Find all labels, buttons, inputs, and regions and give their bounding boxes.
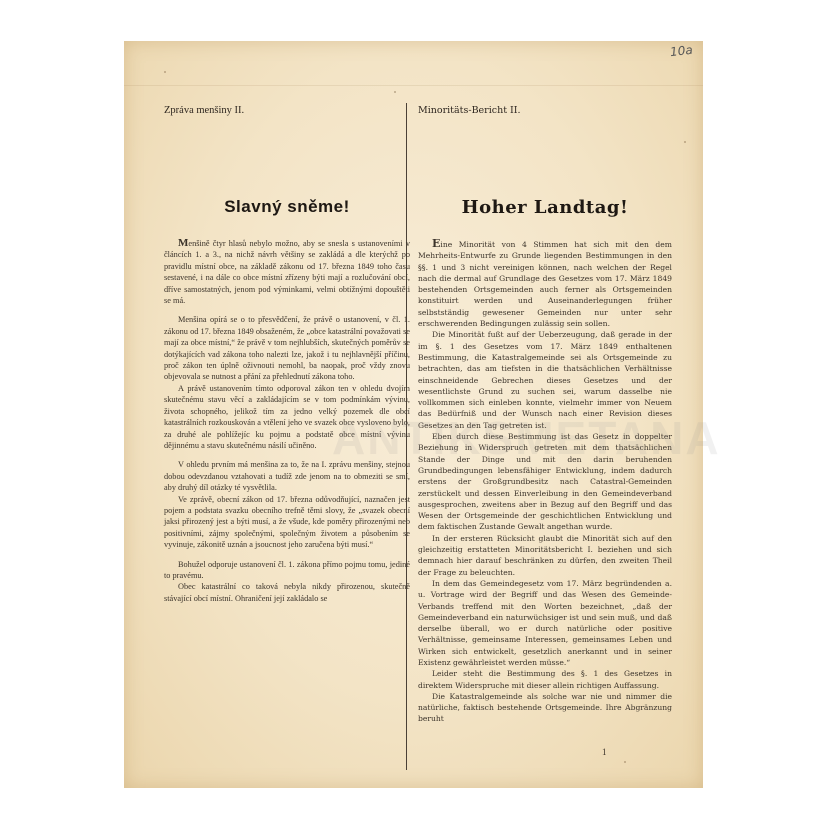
fold-line (124, 85, 703, 86)
document-page: 10a Zpráva menšiny II. Slavný sněme! Men… (124, 41, 703, 788)
paragraph: V ohledu prvním má menšina za to, že na … (164, 459, 410, 493)
body-czech: Menšině čtyr hlasů nebylo možno, aby se … (164, 238, 410, 604)
paragraph: Ve zprávě, obecní zákon od 17. března od… (164, 494, 410, 551)
paragraph: Die Katastralgemeinde als solche war nie… (418, 691, 672, 725)
handwritten-annotation: 10a (669, 41, 710, 59)
paragraph: A právě ustanovením tímto odporoval záko… (164, 383, 410, 451)
paper-spot (164, 71, 166, 73)
paper-spot (624, 761, 626, 763)
running-head-german: Minoritäts-Bericht II. (418, 105, 521, 116)
paragraph: In der ersteren Rücksicht glaubt die Min… (418, 533, 672, 578)
paragraph: Menšina opírá se o to přesvědčení, že pr… (164, 314, 410, 382)
paragraph: Eine Minorität von 4 Stimmen hat sich mi… (418, 238, 672, 329)
paper-spot (684, 141, 686, 143)
body-german: Eine Minorität von 4 Stimmen hat sich mi… (418, 238, 672, 725)
paper-spot (394, 91, 396, 93)
paragraph: Eben durch diese Bestimmung ist das Gese… (418, 431, 672, 533)
paragraph: Obec katastrální co taková nebyla nikdy … (164, 581, 410, 604)
paragraph: Die Minorität fußt auf der Ueberzeugung,… (418, 329, 672, 431)
paragraph: In dem das Gemeindegesetz vom 17. März b… (418, 578, 672, 668)
title-czech: Slavný sněme! (164, 197, 410, 217)
paragraph: Bohužel odporuje ustanovení čl. 1. zákon… (164, 559, 410, 582)
running-head-czech: Zpráva menšiny II. (164, 105, 244, 116)
paragraph: Leider steht die Bestimmung des §. 1 des… (418, 668, 672, 691)
page-number: 1 (602, 747, 607, 757)
paragraph: Menšině čtyr hlasů nebylo možno, aby se … (164, 238, 410, 306)
title-german: Hoher Landtag! (418, 197, 672, 218)
